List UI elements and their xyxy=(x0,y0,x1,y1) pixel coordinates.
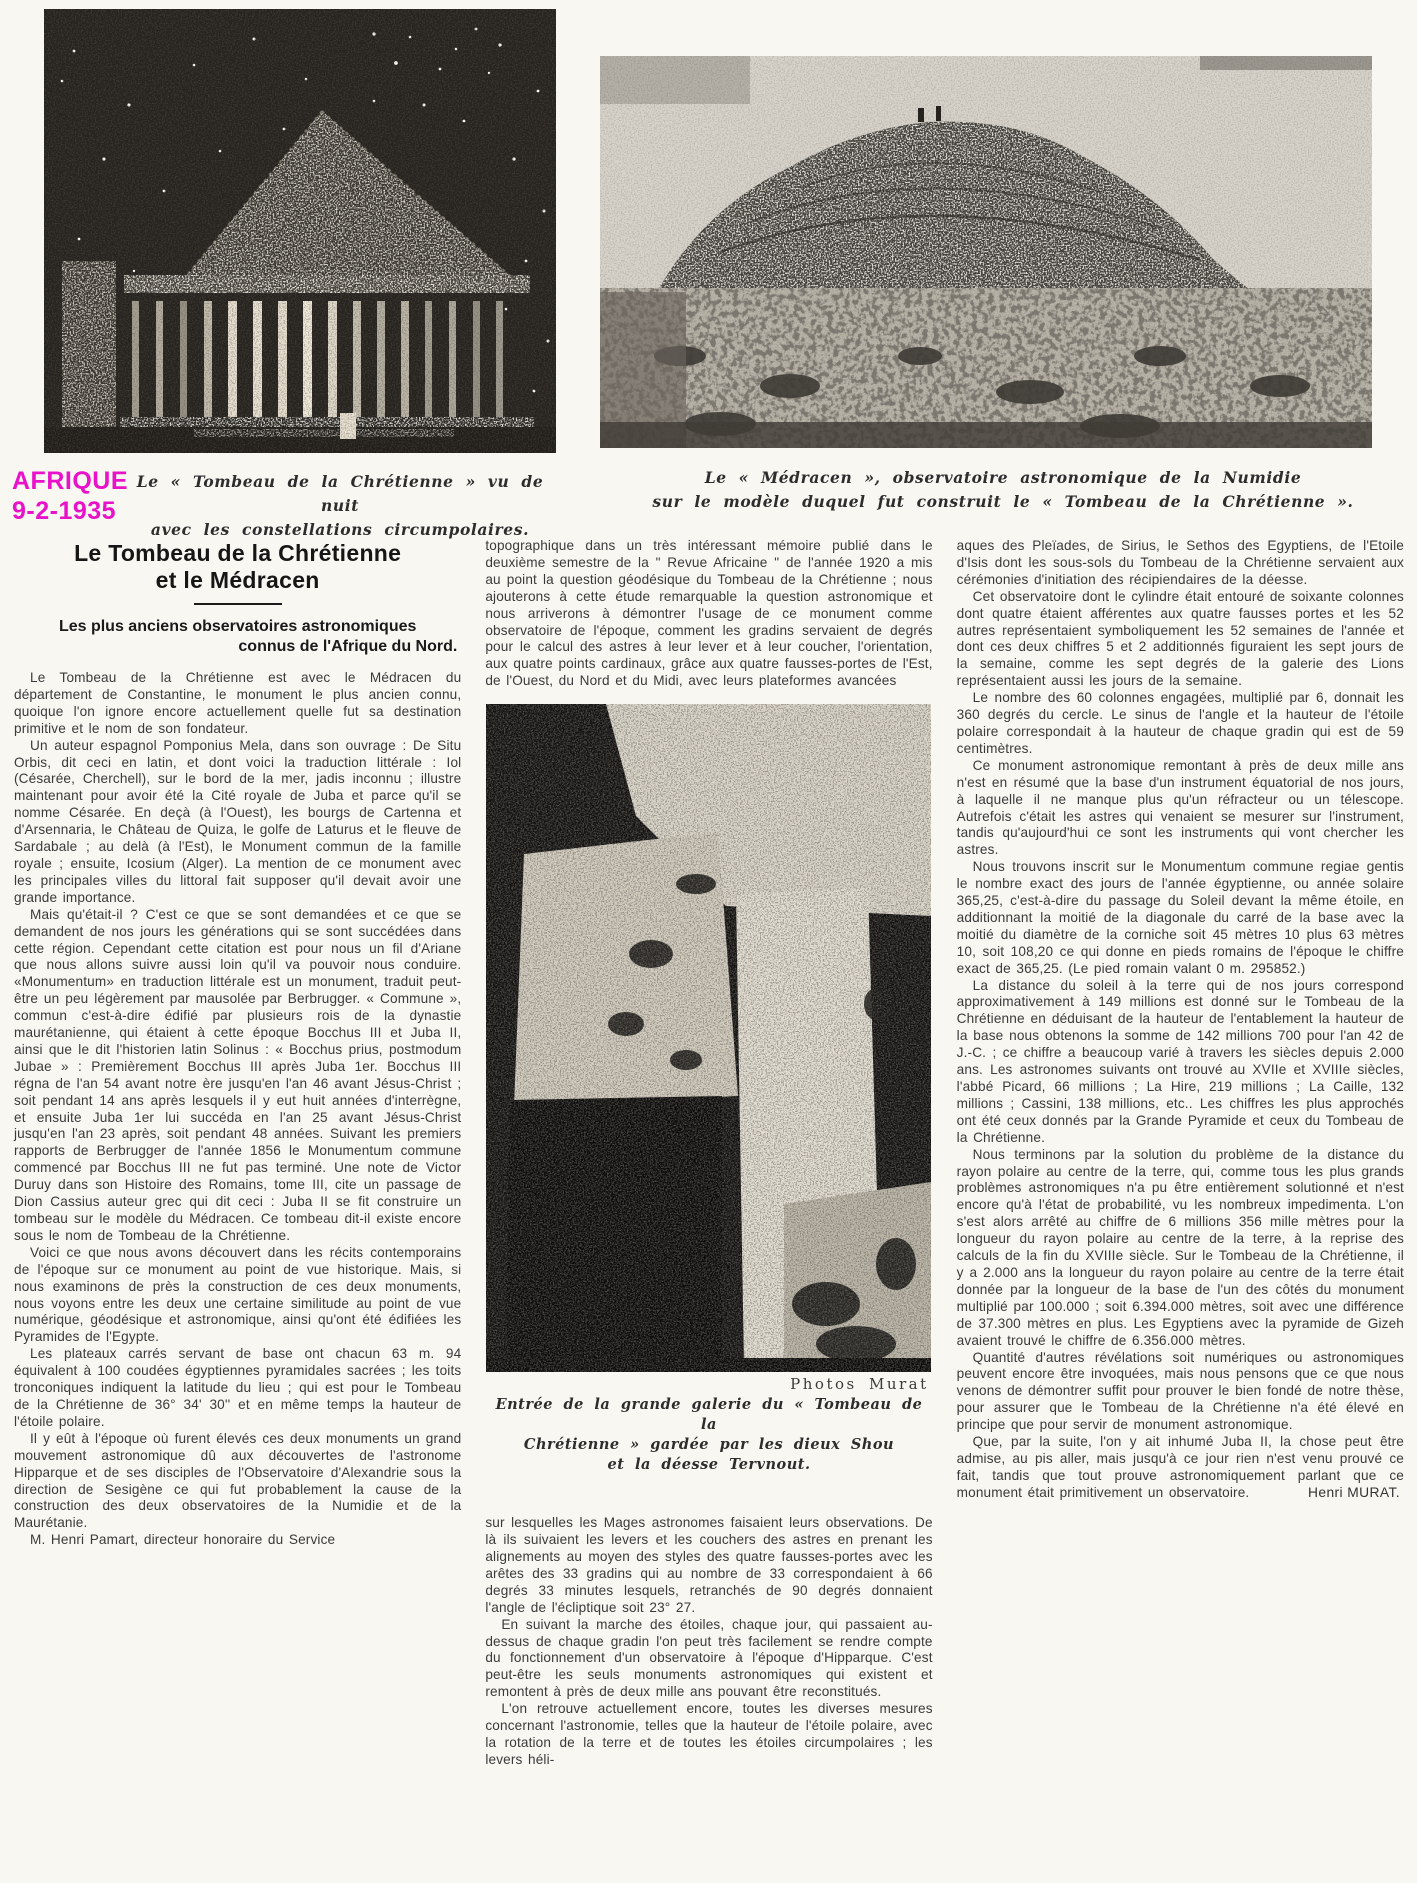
article-title: Le Tombeau de la Chrétienne et le Médrac… xyxy=(14,540,461,594)
paragraph: Nous trouvons inscrit sur le Monumentum … xyxy=(957,859,1404,977)
paragraph: Mais qu'était-il ? C'est ce que se sont … xyxy=(14,907,461,1245)
column-1: Le Tombeau de la Chrétienne et le Médrac… xyxy=(14,538,461,1769)
gallery-entrance-photo xyxy=(486,704,931,1372)
tombeau-night-photo-art xyxy=(44,9,556,453)
title-rule xyxy=(194,603,282,605)
paragraph: Un auteur espagnol Pomponius Mela, dans … xyxy=(14,738,461,907)
paragraph: sur lesquelles les Mages astronomes fais… xyxy=(485,1515,932,1616)
paragraph: Il y eût à l'époque où furent élevés ces… xyxy=(14,1431,461,1532)
article-columns: Le Tombeau de la Chrétienne et le Médrac… xyxy=(14,538,1404,1769)
paragraph: Quantité d'autres révélations soit numér… xyxy=(957,1350,1404,1435)
subtitle-line2: connus de l'Afrique du Nord. xyxy=(14,637,461,657)
medracen-photo xyxy=(600,56,1372,448)
paragraph: En suivant la marche des étoiles, chaque… xyxy=(485,1617,932,1702)
column-3: aques des Pleïades, de Sirius, le Sethos… xyxy=(957,538,1404,1769)
mid-caption-line1: Entrée de la grande galerie du « Tombeau… xyxy=(485,1395,932,1435)
paragraph: aques des Pleïades, de Sirius, le Sethos… xyxy=(957,538,1404,589)
mid-caption-line2: Chrétienne » gardée par les dieux Shou xyxy=(485,1435,932,1455)
paragraph: Cet observatoire dont le cylindre était … xyxy=(957,589,1404,690)
paragraph: La distance du soleil à la terre qui de … xyxy=(957,978,1404,1147)
mid-caption-line3: et la déesse Tervnout. xyxy=(485,1455,932,1475)
paragraph: L'on retrouve actuellement encore, toute… xyxy=(485,1701,932,1769)
right-caption-line2: sur le modèle duquel fut construit le « … xyxy=(640,490,1366,514)
medracen-photo-art xyxy=(600,56,1372,448)
title-line1: Le Tombeau de la Chrétienne xyxy=(14,540,461,567)
title-line2: et le Médracen xyxy=(14,567,461,594)
left-caption-line1: Le « Tombeau de la Chrétienne » vu de nu… xyxy=(120,470,560,518)
middle-photo-caption: Entrée de la grande galerie du « Tombeau… xyxy=(485,1395,932,1475)
article-subtitle: Les plus anciens observatoires astronomi… xyxy=(14,617,461,657)
tombeau-night-photo xyxy=(44,9,556,453)
paragraph: Le nombre des 60 colonnes engagées, mult… xyxy=(957,690,1404,758)
scanned-newspaper-page: AFRIQUE 9-2-1935 Le « Tombeau de la Chré… xyxy=(0,0,1417,1883)
paragraph: Le Tombeau de la Chrétienne est avec le … xyxy=(14,670,461,738)
paragraph: topographique dans un très intéressant m… xyxy=(485,538,932,690)
paragraph: Voici ce que nous avons découvert dans l… xyxy=(14,1245,461,1346)
column-2: topographique dans un très intéressant m… xyxy=(485,538,932,1769)
right-photo-caption: Le « Médracen », observatoire astronomiq… xyxy=(640,466,1366,514)
right-caption-line1: Le « Médracen », observatoire astronomiq… xyxy=(640,466,1366,490)
left-photo-caption: Le « Tombeau de la Chrétienne » vu de nu… xyxy=(120,470,560,542)
paragraph: Les plateaux carrés servant de base ont … xyxy=(14,1346,461,1431)
paragraph: Nous terminons par la solution du problè… xyxy=(957,1147,1404,1350)
paragraph: M. Henri Pamart, directeur honoraire du … xyxy=(14,1532,461,1549)
paragraph: Ce monument astronomique remontant à prè… xyxy=(957,758,1404,859)
photo-credit: Photos Murat xyxy=(485,1375,928,1393)
gallery-entrance-photo-art xyxy=(486,704,931,1372)
subtitle-line1: Les plus anciens observatoires astronomi… xyxy=(14,617,461,637)
